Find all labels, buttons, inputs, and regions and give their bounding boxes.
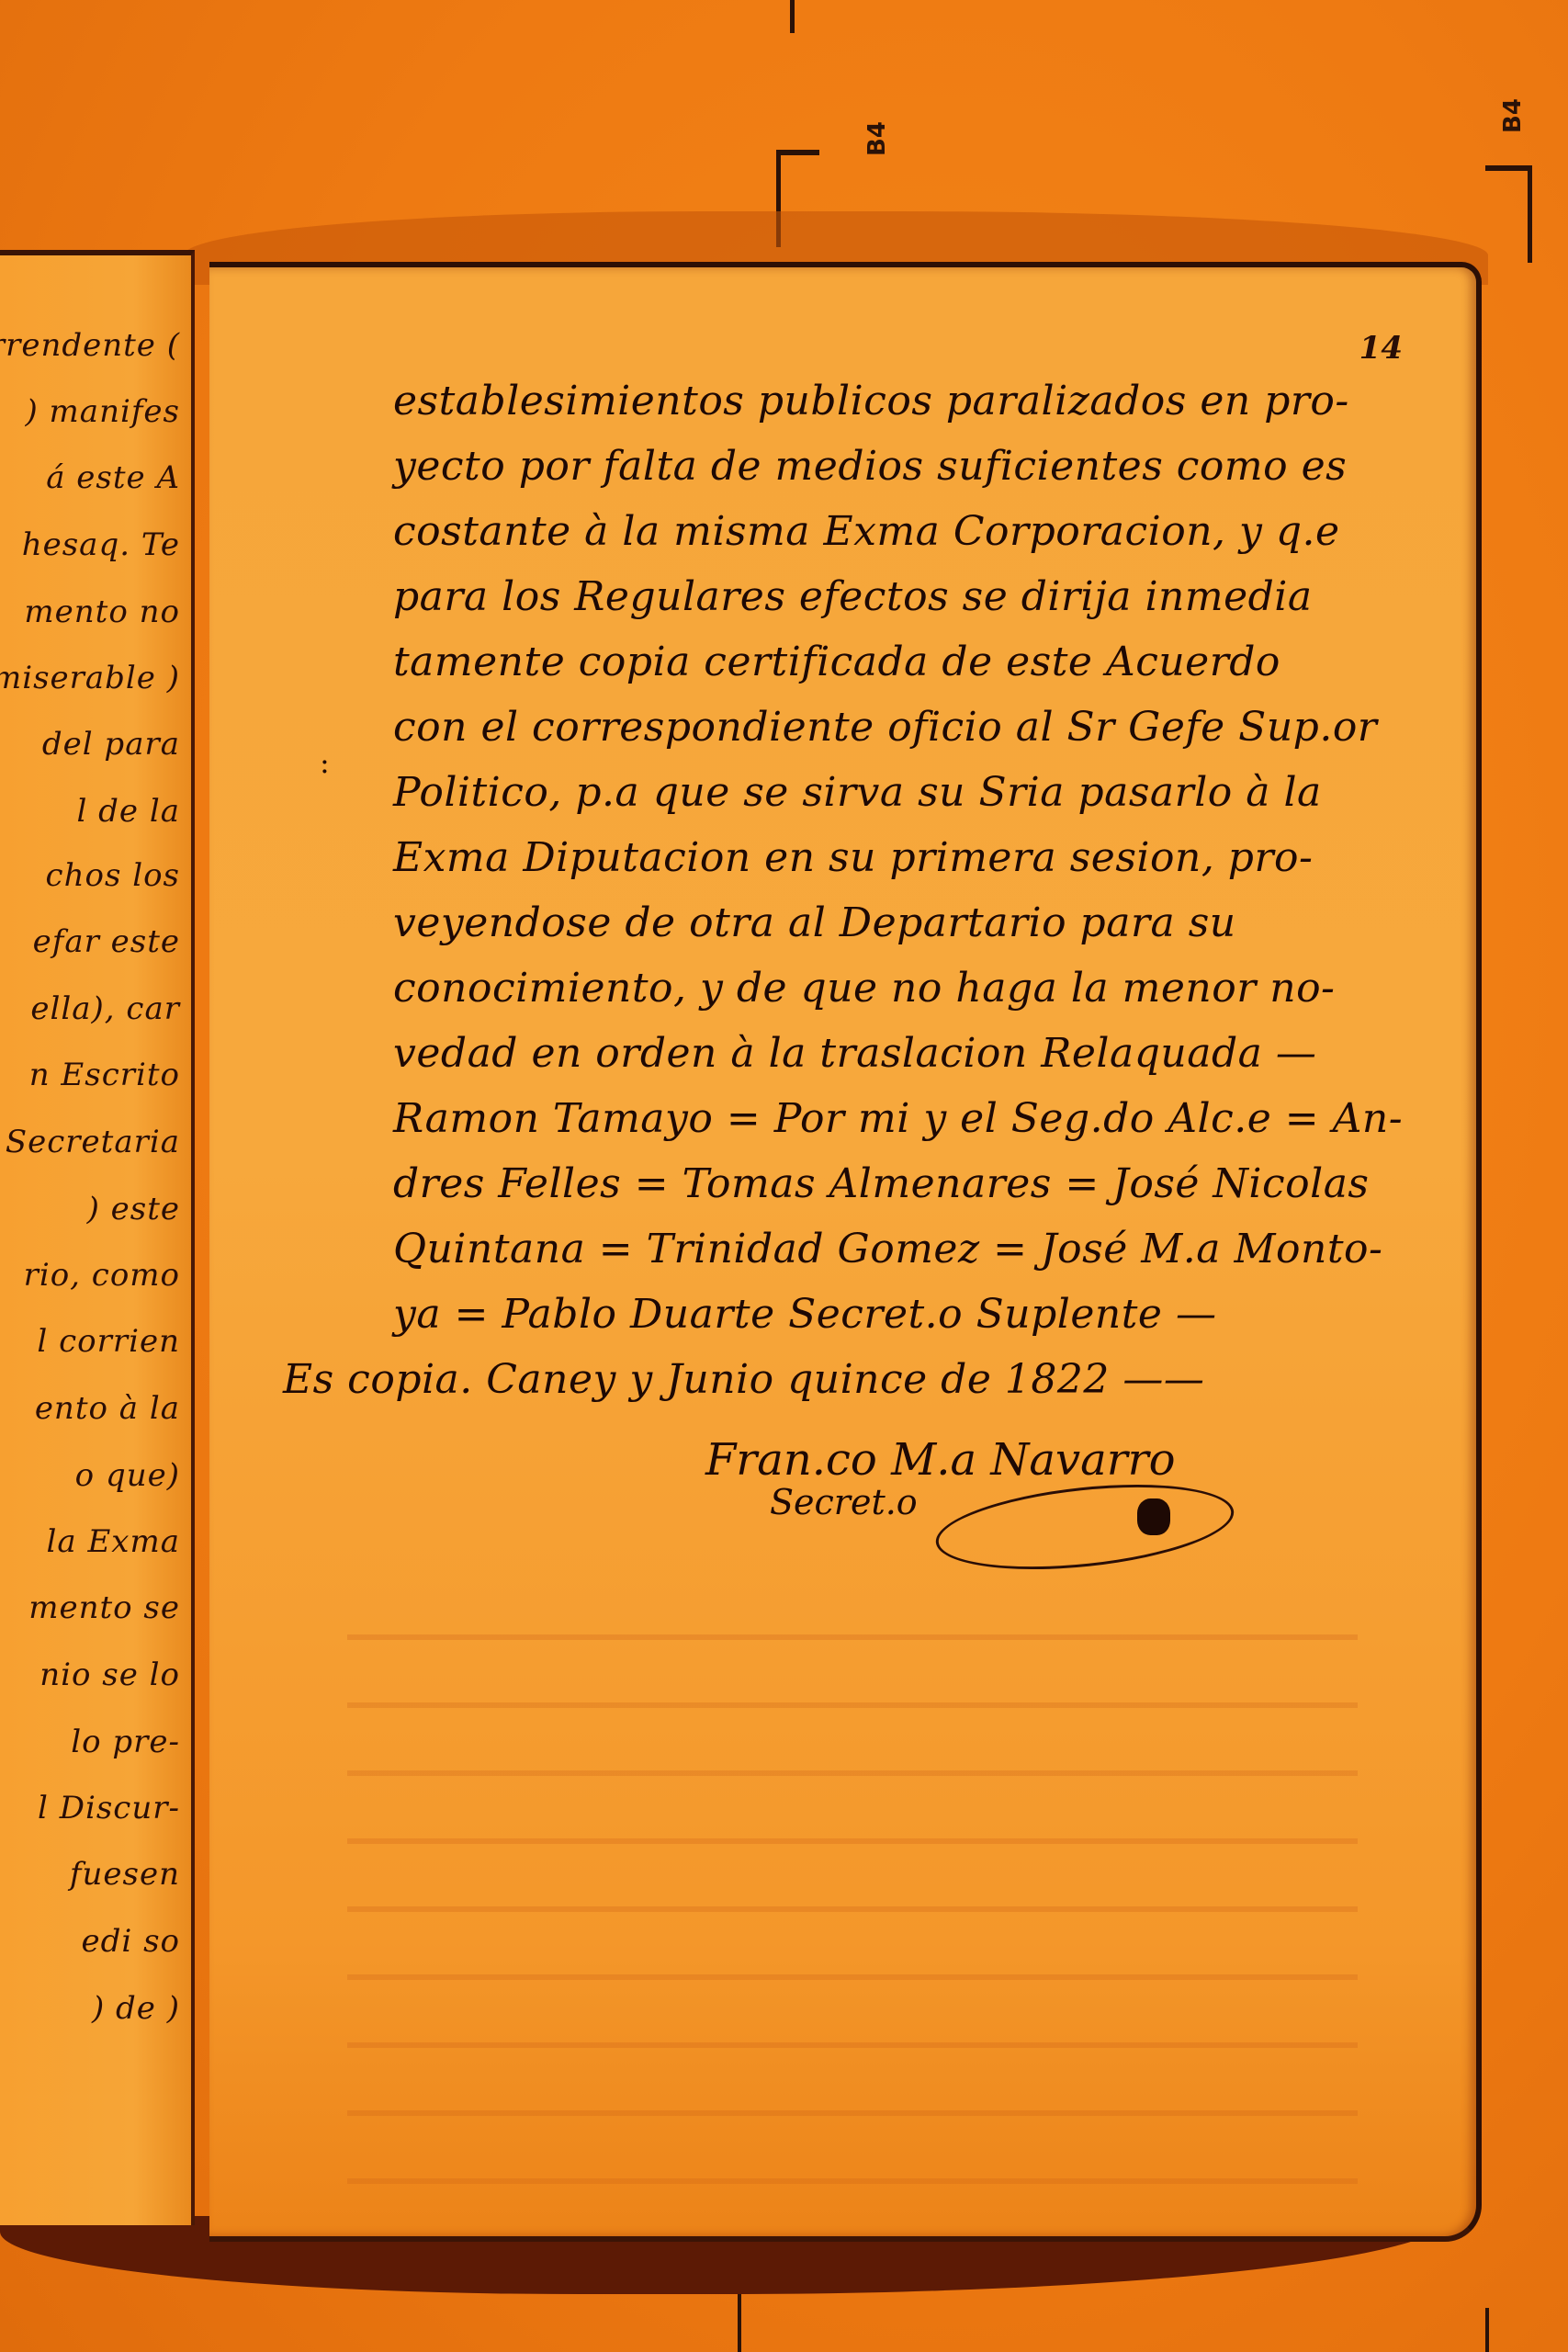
closing-line: Es copia. Caney y Junio quince de 1822 —… [283,1347,1440,1412]
manuscript-line: costante à la misma Exma Corporacion, y … [393,499,1440,564]
marker-label-right: B4 [1499,98,1527,133]
left-line: efar este [33,923,180,960]
left-line: nio se lo [39,1657,180,1693]
manuscript-line: conocimiento, y de que no haga la menor … [393,955,1440,1021]
manuscript-line: tamente copia certificada de este Acuerd… [393,629,1440,695]
manuscript-line: Politico, p.a que se sirva su Sria pasar… [393,760,1440,825]
left-line: l de la [76,793,180,830]
left-line: á este A [46,459,180,496]
left-line: fuesen [70,1856,180,1893]
manuscript-line: para los Regulares efectos se dirija inm… [393,564,1440,629]
left-line: ) de ) [92,1990,180,2027]
manuscript-line: establesimientos publicos paralizados en… [393,368,1440,434]
left-line: Secretaria [6,1124,180,1160]
manuscript-line: ya = Pablo Duarte Secret.o Suplente — [393,1282,1440,1347]
crop-marker-top-line [790,0,795,33]
folio-number: 14 [1359,330,1403,367]
manuscript-line: Quintana = Trinidad Gomez = José M.a Mon… [393,1216,1440,1282]
rubric-knot-icon [1137,1498,1170,1535]
left-line: la Exma [47,1523,180,1560]
left-page-fragment: correndente ( ) manifes á este A hesaq. … [0,250,195,2225]
signature-block: Fran.co M.a Navarro Secret.o [705,1434,1348,1522]
left-line: mento se [28,1589,180,1626]
crop-marker-bottom-right [1485,2308,1489,2352]
manuscript-line: veyendose de otra al Departario para su [393,890,1440,955]
left-line: o que) [75,1457,180,1494]
manuscript-line: yecto por falta de medios suficientes co… [393,434,1440,499]
left-line: correndente ( [0,327,180,364]
manuscript-line: Ramon Tamayo = Por mi y el Seg.do Alc.e … [393,1086,1440,1151]
left-line: ella), car [30,990,180,1027]
margin-mark: : [320,745,343,780]
crop-marker-top-right [1485,165,1532,263]
manuscript-line: con el correspondiente oficio al Sr Gefe… [393,695,1440,760]
left-line: miserable ) [0,660,180,696]
crop-marker-bottom-left [738,2292,741,2352]
left-line: ento à la [35,1390,180,1427]
marker-label-left: B4 [863,121,891,156]
left-line: l corrien [37,1323,180,1360]
left-line: edi so [82,1923,181,1960]
left-line: ) este [87,1191,180,1227]
left-line: lo pre- [71,1724,180,1760]
left-line: hesaq. Te [22,526,180,563]
manuscript-body: establesimientos publicos paralizados en… [393,368,1440,1412]
left-line: ) manifes [25,393,180,430]
signature-name: Fran.co M.a Navarro [705,1434,1348,1486]
manuscript-page: 14 : establesimientos publicos paralizad… [209,262,1482,2242]
left-line: rio, como [24,1257,180,1294]
left-line: mento no [24,594,180,630]
left-line: l Discur- [38,1790,180,1826]
manuscript-line: Exma Diputacion en su primera sesion, pr… [393,825,1440,890]
bleed-through-text [347,1572,1358,2197]
left-line: n Escrito [29,1057,180,1093]
left-line: chos los [46,857,180,894]
left-line: del para [42,726,180,763]
manuscript-line: vedad en orden à la traslacion Relaquada… [393,1021,1440,1086]
manuscript-line: dres Felles = Tomas Almenares = José Nic… [393,1151,1440,1216]
